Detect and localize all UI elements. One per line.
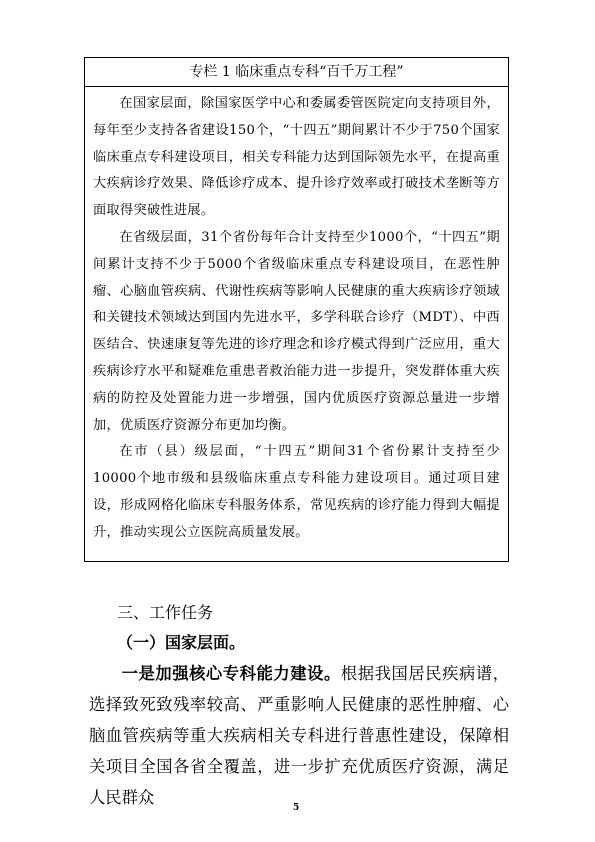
page-number: 5 bbox=[293, 803, 299, 813]
feature-box-body: 在国家层面，除国家医学中心和委属委管医院定向支持项目外，每年至少支持各省建设15… bbox=[85, 87, 508, 547]
feature-paragraph-city-county: 在市（县）级层面，“十四五”期间31个省份累计支持至少10000个地市级和县级临… bbox=[93, 439, 500, 546]
body-paragraph: 一是加强核心专科能力建设。根据我国居民疾病谱，选择致死致残率较高、严重影响人民健… bbox=[89, 658, 509, 813]
section-heading: 三、工作任务 bbox=[117, 600, 213, 623]
feature-paragraph-provincial: 在省级层面，31个省份每年合计支持至少1000个，“十四五”期间累计支持不少于5… bbox=[93, 225, 500, 439]
subsection-heading: （一）国家层面。 bbox=[117, 630, 245, 653]
feature-paragraph-national: 在国家层面，除国家医学中心和委属委管医院定向支持项目外，每年至少支持各省建设15… bbox=[93, 91, 500, 225]
paragraph-lead: 一是加强核心专科能力建设。 bbox=[122, 664, 341, 683]
feature-box: 专栏 1 临床重点专科“百千万工程” 在国家层面，除国家医学中心和委属委管医院定… bbox=[84, 57, 509, 562]
feature-box-title: 专栏 1 临床重点专科“百千万工程” bbox=[85, 58, 508, 87]
paragraph-text: 根据我国居民疾病谱，选择致死致残率较高、严重影响人民健康的恶性肿瘤、心脑血管疾病… bbox=[89, 664, 509, 807]
